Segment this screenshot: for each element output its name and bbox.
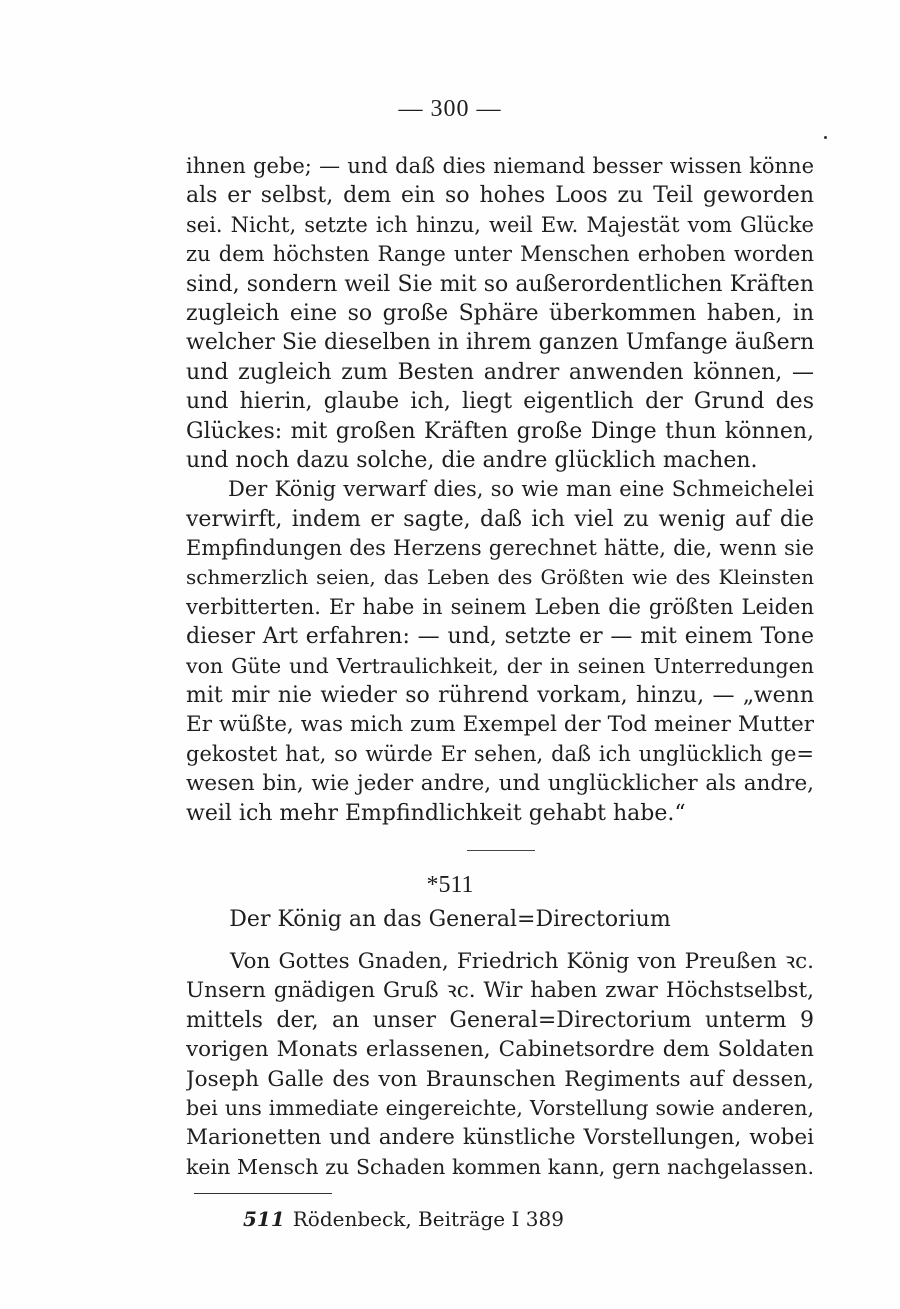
text-line: vorigen Monats erlassenen, Cabinetsordre… [186,1035,814,1064]
text-line: sei. Nicht, setzte ich hinzu, weil Ew. M… [186,211,814,240]
text-line: dieser Art erfahren: — und, setzte er — … [186,622,814,651]
section-divider [467,850,535,851]
text-line: gekostet hat, so würde Er sehen, daß ich… [186,740,814,769]
text-line: mit mir nie wieder so rührend vorkam, hi… [186,681,814,710]
section-number: *511 [0,872,900,899]
text-line: Marionetten und andere künstliche Vorste… [186,1123,814,1152]
text-line: Er wüßte, was mich zum Exempel der Tod m… [186,710,814,739]
text-line: und noch dazu solche, die andre glücklic… [186,446,814,475]
footnote-text: Rödenbeck, Beiträge I 389 [293,1207,564,1231]
text-line: verwirft, indem er sagte, daß ich viel z… [186,505,814,534]
text-line: und zugleich zum Besten andrer anwenden … [186,358,814,387]
text-line: als er selbst, dem ein so hohes Loos zu … [186,181,814,210]
text-line: schmerzlich seien, das Leben des Größten… [186,563,814,592]
text-line: zugleich eine so große Sphäre überkommen… [186,299,814,328]
text-line: sind, sondern weil Sie mit so außerorden… [186,270,814,299]
footnote-number: 511 [243,1207,285,1231]
text-line: bei uns immediate eingereichte, Vorstell… [186,1094,814,1123]
text-line: weil ich mehr Empfindlichkeit gehabt hab… [186,799,814,828]
section-title: Der König an das General=Directorium [0,907,900,932]
page-number: — 300 — [0,96,900,123]
footnote: 511Rödenbeck, Beiträge I 389 [243,1207,564,1231]
text-line: Joseph Galle des von Braunschen Regiment… [186,1065,814,1094]
text-line: Von Gottes Gnaden, Friedrich König von P… [186,947,814,976]
text-line: Unsern gnädigen Gruß ꝛc. Wir haben zwar … [186,976,814,1005]
text-line: kein Mensch zu Schaden kommen kann, gern… [186,1153,814,1182]
text-line: und hierin, glaube ich, liegt eigentlich… [186,387,814,416]
text-line: welcher Sie dieselben in ihrem ganzen Um… [186,328,814,357]
text-line: wesen bin, wie jeder andre, und unglückl… [186,769,814,798]
paragraph-block-upper: ihnen gebe; — und daß dies niemand besse… [186,152,814,828]
text-line: verbitterten. Er habe in seinem Leben di… [186,593,814,622]
text-line: Der König verwarf dies, so wie man eine … [186,475,814,504]
paragraph-block-letter: Von Gottes Gnaden, Friedrich König von P… [186,947,814,1182]
speck-mark [824,136,827,139]
text-line: mittels der, an unser General=Directoriu… [186,1006,814,1035]
text-line: ihnen gebe; — und daß dies niemand besse… [186,152,814,181]
footnote-rule [194,1193,332,1194]
text-line: zu dem höchsten Range unter Menschen erh… [186,240,814,269]
text-line: Empfindungen des Herzens gerechnet hätte… [186,534,814,563]
text-line: Glückes: mit großen Kräften große Dinge … [186,417,814,446]
text-line: von Güte und Vertraulichkeit, der in sei… [186,652,814,681]
